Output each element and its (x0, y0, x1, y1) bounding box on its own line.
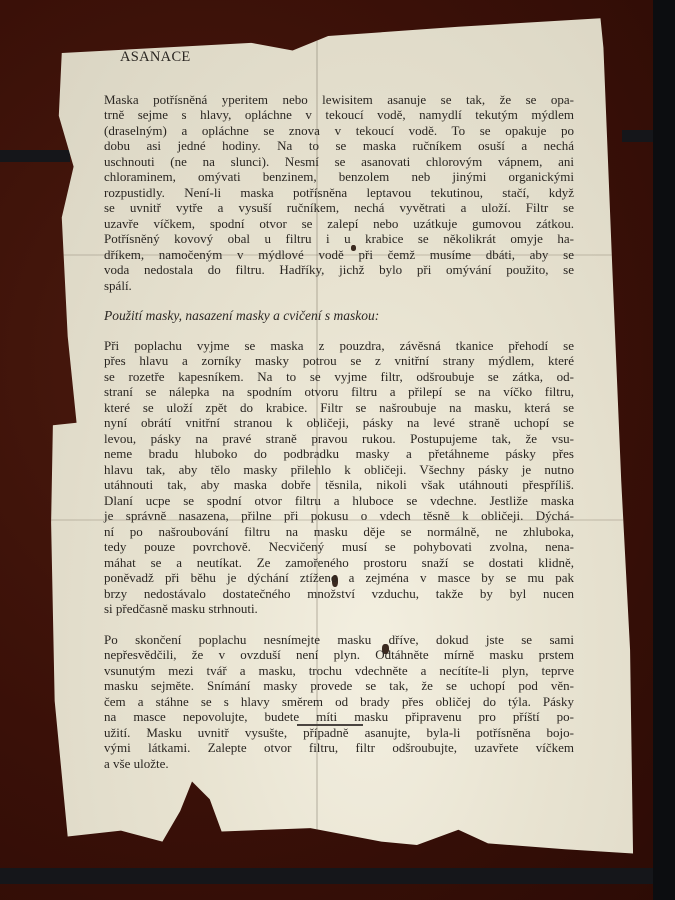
text-line: Při poplachu vyjme se maska z pouzdra, z… (104, 338, 574, 354)
text-line: máhat se a neutíkat. Ze zamořeného prost… (104, 555, 574, 571)
document-body: ASANACE Maska potřísněná yperitem nebo l… (104, 50, 574, 786)
dark-edge-strip (653, 0, 675, 900)
paragraph-after-alarm: Po skončení poplachu nesnímejte masku dř… (104, 632, 574, 772)
section-heading: Použití masky, nasazení masky a cvičení … (104, 308, 574, 324)
text-line: se uvnitř vytře a vysuší ručníkem, nechá… (104, 200, 574, 216)
text-line: nyní obrátí vnitřní stranou k obličeji, … (104, 415, 574, 431)
text-line: ní po našroubování filtru na masku děje … (104, 524, 574, 540)
text-line: straní se nálepka na spodním otvoru filt… (104, 384, 574, 400)
text-line: spálí. (104, 278, 574, 294)
text-line: vými látkami. Zalepte otvor filtru, filt… (104, 740, 574, 756)
text-line: a vše uložte. (104, 756, 574, 772)
text-line: neme bradu hluboko do podbradku masky a … (104, 446, 574, 462)
text-line: Potřísněný kovový obal u filtru i u krab… (104, 231, 574, 247)
text-line: voda nedostala do filtru. Hadříky, jichž… (104, 262, 574, 278)
tile-grout-line (0, 150, 70, 162)
text-line: tedy pouze povrchově. Necvičený musí se … (104, 539, 574, 555)
document-title: ASANACE (120, 50, 574, 66)
text-line: Po skončení poplachu nesnímejte masku dř… (104, 632, 574, 648)
text-line: (draselným) a opláchne se znova v tekouc… (104, 123, 574, 139)
text-line: na masce nepovolujte, budete míti masku … (104, 709, 574, 725)
text-line: levou, pásky na pravé straně pravou ruko… (104, 431, 574, 447)
text-line: brzy nedostávalo dostatečného množství v… (104, 586, 574, 602)
tile-grout-line (0, 868, 675, 884)
text-line: chloraminem, omývati benzinem, benzolem … (104, 169, 574, 185)
text-line: které se uloží zpět do krabice. Filtr se… (104, 400, 574, 416)
text-line: rozpustidly. Není-li maska potřísněna le… (104, 185, 574, 201)
text-line: trně sejme s hlavy, opláchne v tekoucí v… (104, 107, 574, 123)
text-line: užití. Masku uvnitř vysušte, případně as… (104, 725, 574, 741)
end-rule-divider (297, 724, 363, 726)
text-line: se rozetře kapesníkem. Na to se vyjme fi… (104, 369, 574, 385)
text-line: čem a stáhne se s hlavy směrem od brady … (104, 694, 574, 710)
text-line: nepřesvědčili, že v ovzduší není plyn. O… (104, 647, 574, 663)
text-line: utáhnouti tak, aby maska dobře těsnila, … (104, 477, 574, 493)
text-line: masku sejměte. Snímání masky provede se … (104, 678, 574, 694)
text-line: si předčasně masku strhnouti. (104, 601, 574, 617)
text-line: hlavu tak, aby tělo masky přilehlo k obl… (104, 462, 574, 478)
text-line: Maska potřísněná yperitem nebo lewisitem… (104, 92, 574, 108)
text-line: uzavře víčkem, spodní otvor se zalepí ne… (104, 216, 574, 232)
text-line: dobu asi jedné hodiny. Na to se maska ru… (104, 138, 574, 154)
paragraph-asanace: Maska potřísněná yperitem nebo lewisitem… (104, 92, 574, 294)
text-line: uschnouti (ne na slunci). Nesmí se asano… (104, 154, 574, 170)
text-line: vsunutým mezi tvář a masku, trochu vdech… (104, 663, 574, 679)
text-line: Dlaní ucpe se spodní otvor filtru a hlub… (104, 493, 574, 509)
text-line: dříkem, namočeným v mýdlové vodě při čem… (104, 247, 574, 263)
text-line: poněvadž při běhu je dýchání ztíženo a z… (104, 570, 574, 586)
text-line: přes hlavu a zorníky masky potrou se z v… (104, 353, 574, 369)
paragraph-usage: Při poplachu vyjme se maska z pouzdra, z… (104, 338, 574, 617)
text-line: je správně nasazena, přilne při pokusu o… (104, 508, 574, 524)
